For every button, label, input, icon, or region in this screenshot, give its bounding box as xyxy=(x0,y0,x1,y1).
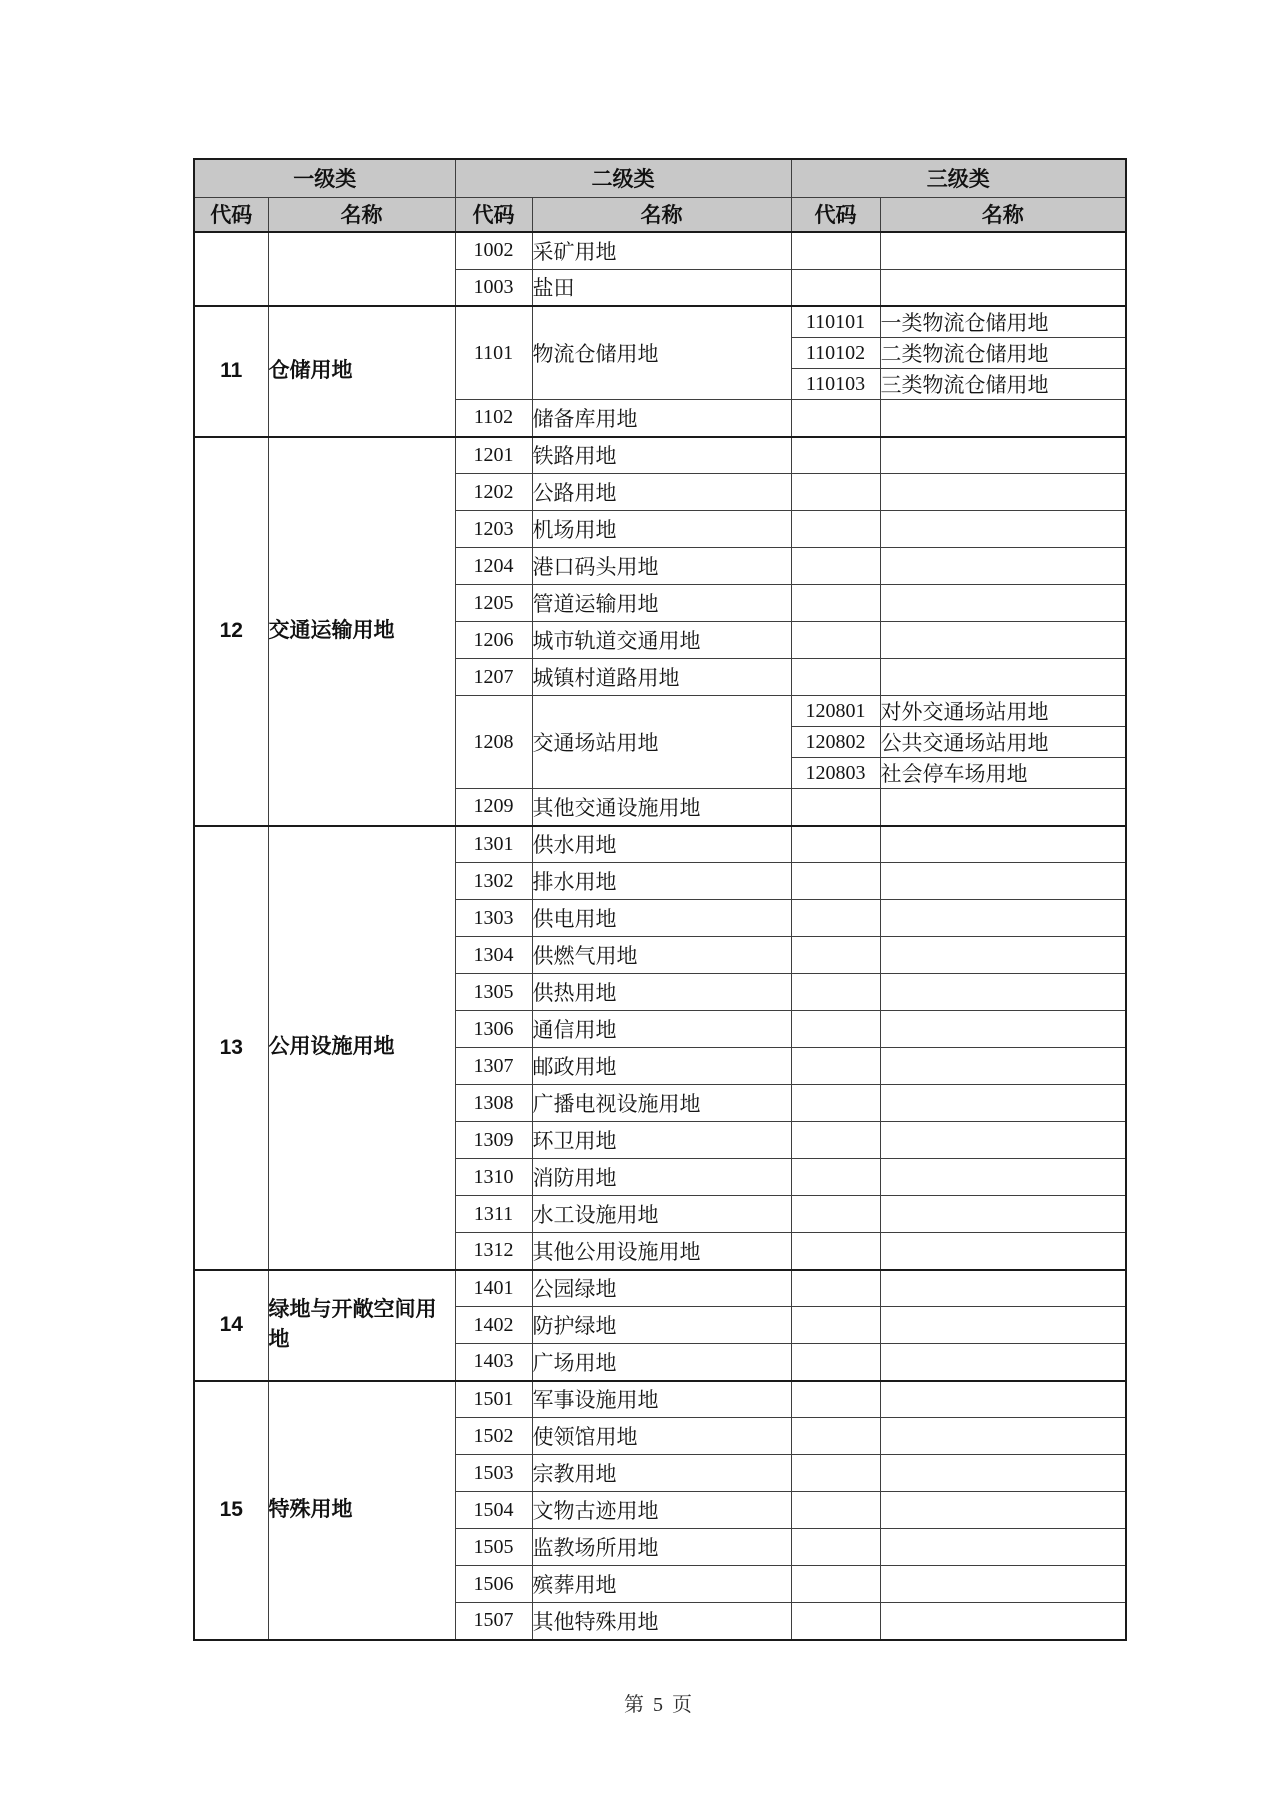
l2-code-cell: 1206 xyxy=(455,622,532,659)
l3-code-cell: 110101 xyxy=(791,306,880,338)
l3-name-cell xyxy=(880,863,1126,900)
l3-code-cell: 110102 xyxy=(791,338,880,369)
l2-code-cell: 1102 xyxy=(455,400,532,437)
l3-name-cell xyxy=(880,1418,1126,1455)
l3-name-cell xyxy=(880,474,1126,511)
l2-name-cell: 储备库用地 xyxy=(532,400,791,437)
l3-code-cell xyxy=(791,1233,880,1270)
table-row: 11仓储用地1101物流仓储用地110101一类物流仓储用地 xyxy=(194,306,1126,338)
l2-name-cell: 防护绿地 xyxy=(532,1307,791,1344)
l2-code-cell: 1501 xyxy=(455,1381,532,1418)
l2-name-cell: 广场用地 xyxy=(532,1344,791,1381)
l2-code-cell: 1503 xyxy=(455,1455,532,1492)
l3-name-cell xyxy=(880,1492,1126,1529)
l3-name-cell: 二类物流仓储用地 xyxy=(880,338,1126,369)
l3-code-cell xyxy=(791,1455,880,1492)
l3-code-cell xyxy=(791,548,880,585)
l2-code-cell: 1203 xyxy=(455,511,532,548)
l2-code-cell: 1402 xyxy=(455,1307,532,1344)
l1-code-cell: 14 xyxy=(194,1270,268,1381)
table-row: 14绿地与开敞空间用地1401公园绿地 xyxy=(194,1270,1126,1307)
l3-code-cell xyxy=(791,659,880,696)
l1-code-cell: 11 xyxy=(194,306,268,437)
l2-code-cell: 1505 xyxy=(455,1529,532,1566)
l3-code-cell xyxy=(791,269,880,306)
l2-code-cell: 1304 xyxy=(455,937,532,974)
l2-name-cell: 广播电视设施用地 xyxy=(532,1085,791,1122)
l2-code-cell: 1310 xyxy=(455,1159,532,1196)
l3-code-cell xyxy=(791,437,880,474)
l3-code-cell xyxy=(791,1603,880,1640)
l3-code-cell xyxy=(791,232,880,269)
l2-name-cell: 宗教用地 xyxy=(532,1455,791,1492)
l3-name-cell: 对外交通场站用地 xyxy=(880,696,1126,727)
l3-name-cell xyxy=(880,659,1126,696)
l2-code-cell: 1306 xyxy=(455,1011,532,1048)
l2-code-cell: 1003 xyxy=(455,269,532,306)
l3-code-cell xyxy=(791,1307,880,1344)
l3-code-cell xyxy=(791,511,880,548)
l2-name-cell: 物流仓储用地 xyxy=(532,306,791,400)
l3-name-cell xyxy=(880,1529,1126,1566)
l3-name-cell xyxy=(880,400,1126,437)
table-row: 12交通运输用地1201铁路用地 xyxy=(194,437,1126,474)
l2-name-cell: 使领馆用地 xyxy=(532,1418,791,1455)
l3-code-cell xyxy=(791,1566,880,1603)
l3-code-cell: 120802 xyxy=(791,727,880,758)
l2-code-cell: 1209 xyxy=(455,789,532,826)
l1-code-cell: 12 xyxy=(194,437,268,826)
header-l1-code: 代码 xyxy=(194,197,268,232)
l3-code-cell xyxy=(791,1011,880,1048)
l2-name-cell: 采矿用地 xyxy=(532,232,791,269)
l2-code-cell: 1301 xyxy=(455,826,532,863)
l1-code-cell: 13 xyxy=(194,826,268,1270)
l3-name-cell: 公共交通场站用地 xyxy=(880,727,1126,758)
l3-name-cell: 三类物流仓储用地 xyxy=(880,369,1126,400)
page-number: 第 5 页 xyxy=(193,1688,1125,1717)
l2-name-cell: 供电用地 xyxy=(532,900,791,937)
l3-code-cell xyxy=(791,1159,880,1196)
l3-name-cell xyxy=(880,437,1126,474)
l2-name-cell: 供热用地 xyxy=(532,974,791,1011)
l2-code-cell: 1311 xyxy=(455,1196,532,1233)
l3-code-cell xyxy=(791,400,880,437)
l2-name-cell: 港口码头用地 xyxy=(532,548,791,585)
l3-name-cell xyxy=(880,937,1126,974)
l2-name-cell: 其他公用设施用地 xyxy=(532,1233,791,1270)
l2-name-cell: 文物古迹用地 xyxy=(532,1492,791,1529)
l2-code-cell: 1205 xyxy=(455,585,532,622)
l2-code-cell: 1506 xyxy=(455,1566,532,1603)
l2-name-cell: 其他特殊用地 xyxy=(532,1603,791,1640)
l2-name-cell: 排水用地 xyxy=(532,863,791,900)
l2-name-cell: 交通场站用地 xyxy=(532,696,791,789)
l2-name-cell: 城市轨道交通用地 xyxy=(532,622,791,659)
l3-name-cell xyxy=(880,511,1126,548)
l1-name-cell: 交通运输用地 xyxy=(268,437,455,826)
l3-code-cell xyxy=(791,1381,880,1418)
l3-code-cell xyxy=(791,1418,880,1455)
l2-name-cell: 公路用地 xyxy=(532,474,791,511)
document-page: 一级类 二级类 三级类 代码 名称 代码 名称 代码 名称 1002采矿用地10… xyxy=(0,0,1280,1810)
l2-code-cell: 1504 xyxy=(455,1492,532,1529)
l3-name-cell xyxy=(880,1196,1126,1233)
l2-code-cell: 1202 xyxy=(455,474,532,511)
l3-code-cell xyxy=(791,974,880,1011)
l2-code-cell: 1309 xyxy=(455,1122,532,1159)
l3-code-cell xyxy=(791,1196,880,1233)
l3-name-cell xyxy=(880,1048,1126,1085)
l1-name-cell: 绿地与开敞空间用地 xyxy=(268,1270,455,1381)
l3-name-cell xyxy=(880,1381,1126,1418)
l2-code-cell: 1403 xyxy=(455,1344,532,1381)
l3-code-cell xyxy=(791,863,880,900)
l2-code-cell: 1502 xyxy=(455,1418,532,1455)
header-l1-name: 名称 xyxy=(268,197,455,232)
header-l3-code: 代码 xyxy=(791,197,880,232)
l3-name-cell xyxy=(880,622,1126,659)
l2-code-cell: 1303 xyxy=(455,900,532,937)
l3-name-cell xyxy=(880,789,1126,826)
l3-code-cell: 120803 xyxy=(791,758,880,789)
l3-code-cell: 120801 xyxy=(791,696,880,727)
l3-name-cell xyxy=(880,826,1126,863)
l3-name-cell xyxy=(880,1122,1126,1159)
l2-code-cell: 1307 xyxy=(455,1048,532,1085)
header-l2-code: 代码 xyxy=(455,197,532,232)
l2-name-cell: 环卫用地 xyxy=(532,1122,791,1159)
l1-code-cell: 15 xyxy=(194,1381,268,1640)
l1-name-cell xyxy=(268,232,455,306)
l3-name-cell xyxy=(880,269,1126,306)
l2-code-cell: 1207 xyxy=(455,659,532,696)
l2-code-cell: 1302 xyxy=(455,863,532,900)
l2-code-cell: 1101 xyxy=(455,306,532,400)
l3-code-cell xyxy=(791,1270,880,1307)
table-row: 15特殊用地1501军事设施用地 xyxy=(194,1381,1126,1418)
l2-code-cell: 1208 xyxy=(455,696,532,789)
l3-name-cell: 一类物流仓储用地 xyxy=(880,306,1126,338)
l3-code-cell xyxy=(791,1122,880,1159)
header-level2: 二级类 xyxy=(455,159,791,197)
l2-code-cell: 1002 xyxy=(455,232,532,269)
header-level3: 三级类 xyxy=(791,159,1126,197)
l2-name-cell: 管道运输用地 xyxy=(532,585,791,622)
l1-name-cell: 仓储用地 xyxy=(268,306,455,437)
l3-code-cell xyxy=(791,1529,880,1566)
l3-code-cell xyxy=(791,1492,880,1529)
l3-name-cell: 社会停车场用地 xyxy=(880,758,1126,789)
header-l2-name: 名称 xyxy=(532,197,791,232)
l2-code-cell: 1507 xyxy=(455,1603,532,1640)
l2-name-cell: 盐田 xyxy=(532,269,791,306)
l2-code-cell: 1312 xyxy=(455,1233,532,1270)
l2-name-cell: 水工设施用地 xyxy=(532,1196,791,1233)
l2-name-cell: 其他交通设施用地 xyxy=(532,789,791,826)
l2-name-cell: 邮政用地 xyxy=(532,1048,791,1085)
l3-name-cell xyxy=(880,1085,1126,1122)
l3-code-cell xyxy=(791,1344,880,1381)
l2-code-cell: 1401 xyxy=(455,1270,532,1307)
l2-name-cell: 通信用地 xyxy=(532,1011,791,1048)
l3-name-cell xyxy=(880,1159,1126,1196)
l2-name-cell: 铁路用地 xyxy=(532,437,791,474)
l3-name-cell xyxy=(880,548,1126,585)
header-level1: 一级类 xyxy=(194,159,455,197)
l3-name-cell xyxy=(880,1344,1126,1381)
l2-name-cell: 供燃气用地 xyxy=(532,937,791,974)
header-l3-name: 名称 xyxy=(880,197,1126,232)
l2-code-cell: 1308 xyxy=(455,1085,532,1122)
l1-name-cell: 公用设施用地 xyxy=(268,826,455,1270)
l2-name-cell: 殡葬用地 xyxy=(532,1566,791,1603)
l2-code-cell: 1201 xyxy=(455,437,532,474)
land-use-classification-table: 一级类 二级类 三级类 代码 名称 代码 名称 代码 名称 1002采矿用地10… xyxy=(193,158,1127,1641)
l3-code-cell xyxy=(791,1048,880,1085)
table-row: 13公用设施用地1301供水用地 xyxy=(194,826,1126,863)
l3-name-cell xyxy=(880,1233,1126,1270)
l1-code-cell xyxy=(194,232,268,306)
l3-name-cell xyxy=(880,1603,1126,1640)
l3-name-cell xyxy=(880,900,1126,937)
l2-name-cell: 机场用地 xyxy=(532,511,791,548)
l3-code-cell xyxy=(791,900,880,937)
l3-code-cell xyxy=(791,622,880,659)
l2-name-cell: 公园绿地 xyxy=(532,1270,791,1307)
l3-name-cell xyxy=(880,1566,1126,1603)
l2-name-cell: 消防用地 xyxy=(532,1159,791,1196)
l3-name-cell xyxy=(880,585,1126,622)
l1-name-cell: 特殊用地 xyxy=(268,1381,455,1640)
l3-name-cell xyxy=(880,1011,1126,1048)
l2-name-cell: 城镇村道路用地 xyxy=(532,659,791,696)
l3-name-cell xyxy=(880,1307,1126,1344)
l2-name-cell: 监教场所用地 xyxy=(532,1529,791,1566)
l3-code-cell xyxy=(791,1085,880,1122)
l3-code-cell xyxy=(791,826,880,863)
table-row: 1002采矿用地 xyxy=(194,232,1126,269)
l3-name-cell xyxy=(880,1455,1126,1492)
l3-code-cell xyxy=(791,937,880,974)
l3-name-cell xyxy=(880,974,1126,1011)
l2-code-cell: 1305 xyxy=(455,974,532,1011)
l2-name-cell: 军事设施用地 xyxy=(532,1381,791,1418)
l3-code-cell xyxy=(791,789,880,826)
l3-code-cell: 110103 xyxy=(791,369,880,400)
l3-code-cell xyxy=(791,585,880,622)
l2-code-cell: 1204 xyxy=(455,548,532,585)
l2-name-cell: 供水用地 xyxy=(532,826,791,863)
l3-name-cell xyxy=(880,232,1126,269)
l3-code-cell xyxy=(791,474,880,511)
l3-name-cell xyxy=(880,1270,1126,1307)
